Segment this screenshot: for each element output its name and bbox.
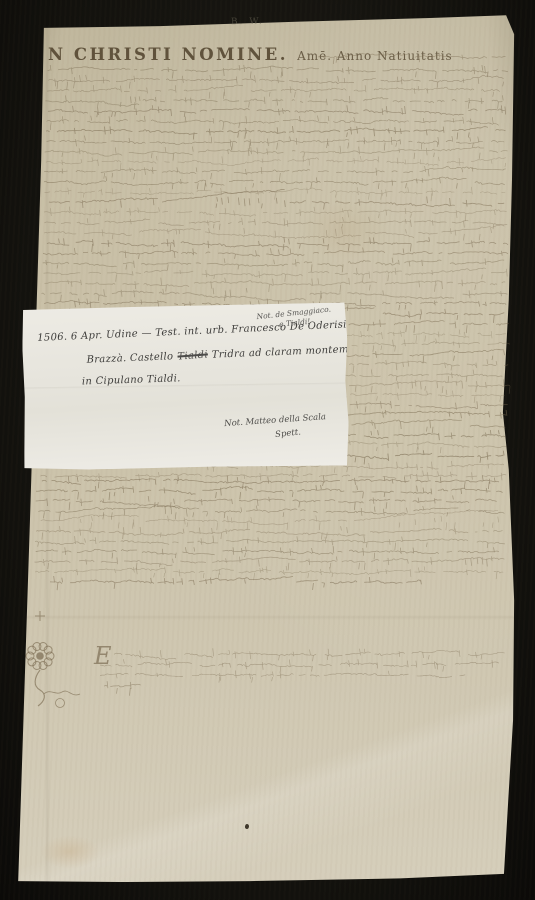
script-line: [44, 225, 504, 241]
script-line: [44, 217, 507, 230]
note-entry-line2: Brazzà. CastelloTialdiTridra ad claram m…: [86, 344, 348, 366]
script-line: [47, 116, 499, 130]
script-line: [318, 51, 506, 64]
script-line: [44, 207, 507, 221]
script-line: [46, 126, 505, 140]
script-line: [44, 268, 508, 282]
script-line: [114, 648, 505, 661]
archivist-note: Not. de Smaggiaco. e Tialdi! 1506. 6 Apr…: [22, 302, 350, 470]
script-line: [104, 681, 141, 696]
parchment-stain: [40, 835, 100, 869]
notary-initial: E: [93, 642, 112, 670]
note-struck-word: Tialdi: [177, 349, 208, 362]
script-line: [46, 156, 506, 170]
script-line: [36, 485, 503, 500]
script-line: [47, 85, 500, 99]
script-line: [48, 105, 506, 117]
script-line: [100, 659, 499, 672]
photo-backdrop: B. W. N CHRISTI NOMINE. Amē. Anno Natiui…: [0, 0, 535, 900]
script-line: [43, 248, 508, 259]
script-line: [50, 576, 421, 590]
notary-signum: [26, 611, 80, 708]
script-line: [44, 176, 505, 190]
script-line: [36, 495, 497, 510]
note-entry-line1: 1506. 6 Apr. Udine — Test. int. urb. Fra…: [37, 319, 367, 344]
script-line: [41, 510, 499, 530]
script-line: [35, 566, 503, 580]
note-line2-post: Tridra ad claram montem: [212, 344, 349, 360]
script-line: [35, 556, 505, 570]
script-line: [49, 189, 504, 209]
script-line: [42, 475, 499, 489]
script-line: [45, 278, 506, 293]
script-line: [45, 95, 503, 109]
script-line: [38, 506, 504, 521]
script-line: [44, 166, 506, 181]
note-signature: Not. Matteo della Scala Spett.: [224, 410, 328, 446]
script-line: [47, 237, 508, 252]
script-line: [100, 671, 465, 683]
script-line: [35, 536, 505, 551]
script-line: [45, 146, 508, 161]
script-line: [45, 187, 506, 201]
script-line: [36, 526, 502, 540]
note-entry-line3: in Cipulano Tialdi.: [82, 373, 181, 387]
note-line2-pre: Brazzà. Castello: [86, 351, 173, 365]
parchment-stain: [300, 200, 390, 260]
script-line: [43, 258, 504, 272]
script-line: [42, 288, 508, 301]
